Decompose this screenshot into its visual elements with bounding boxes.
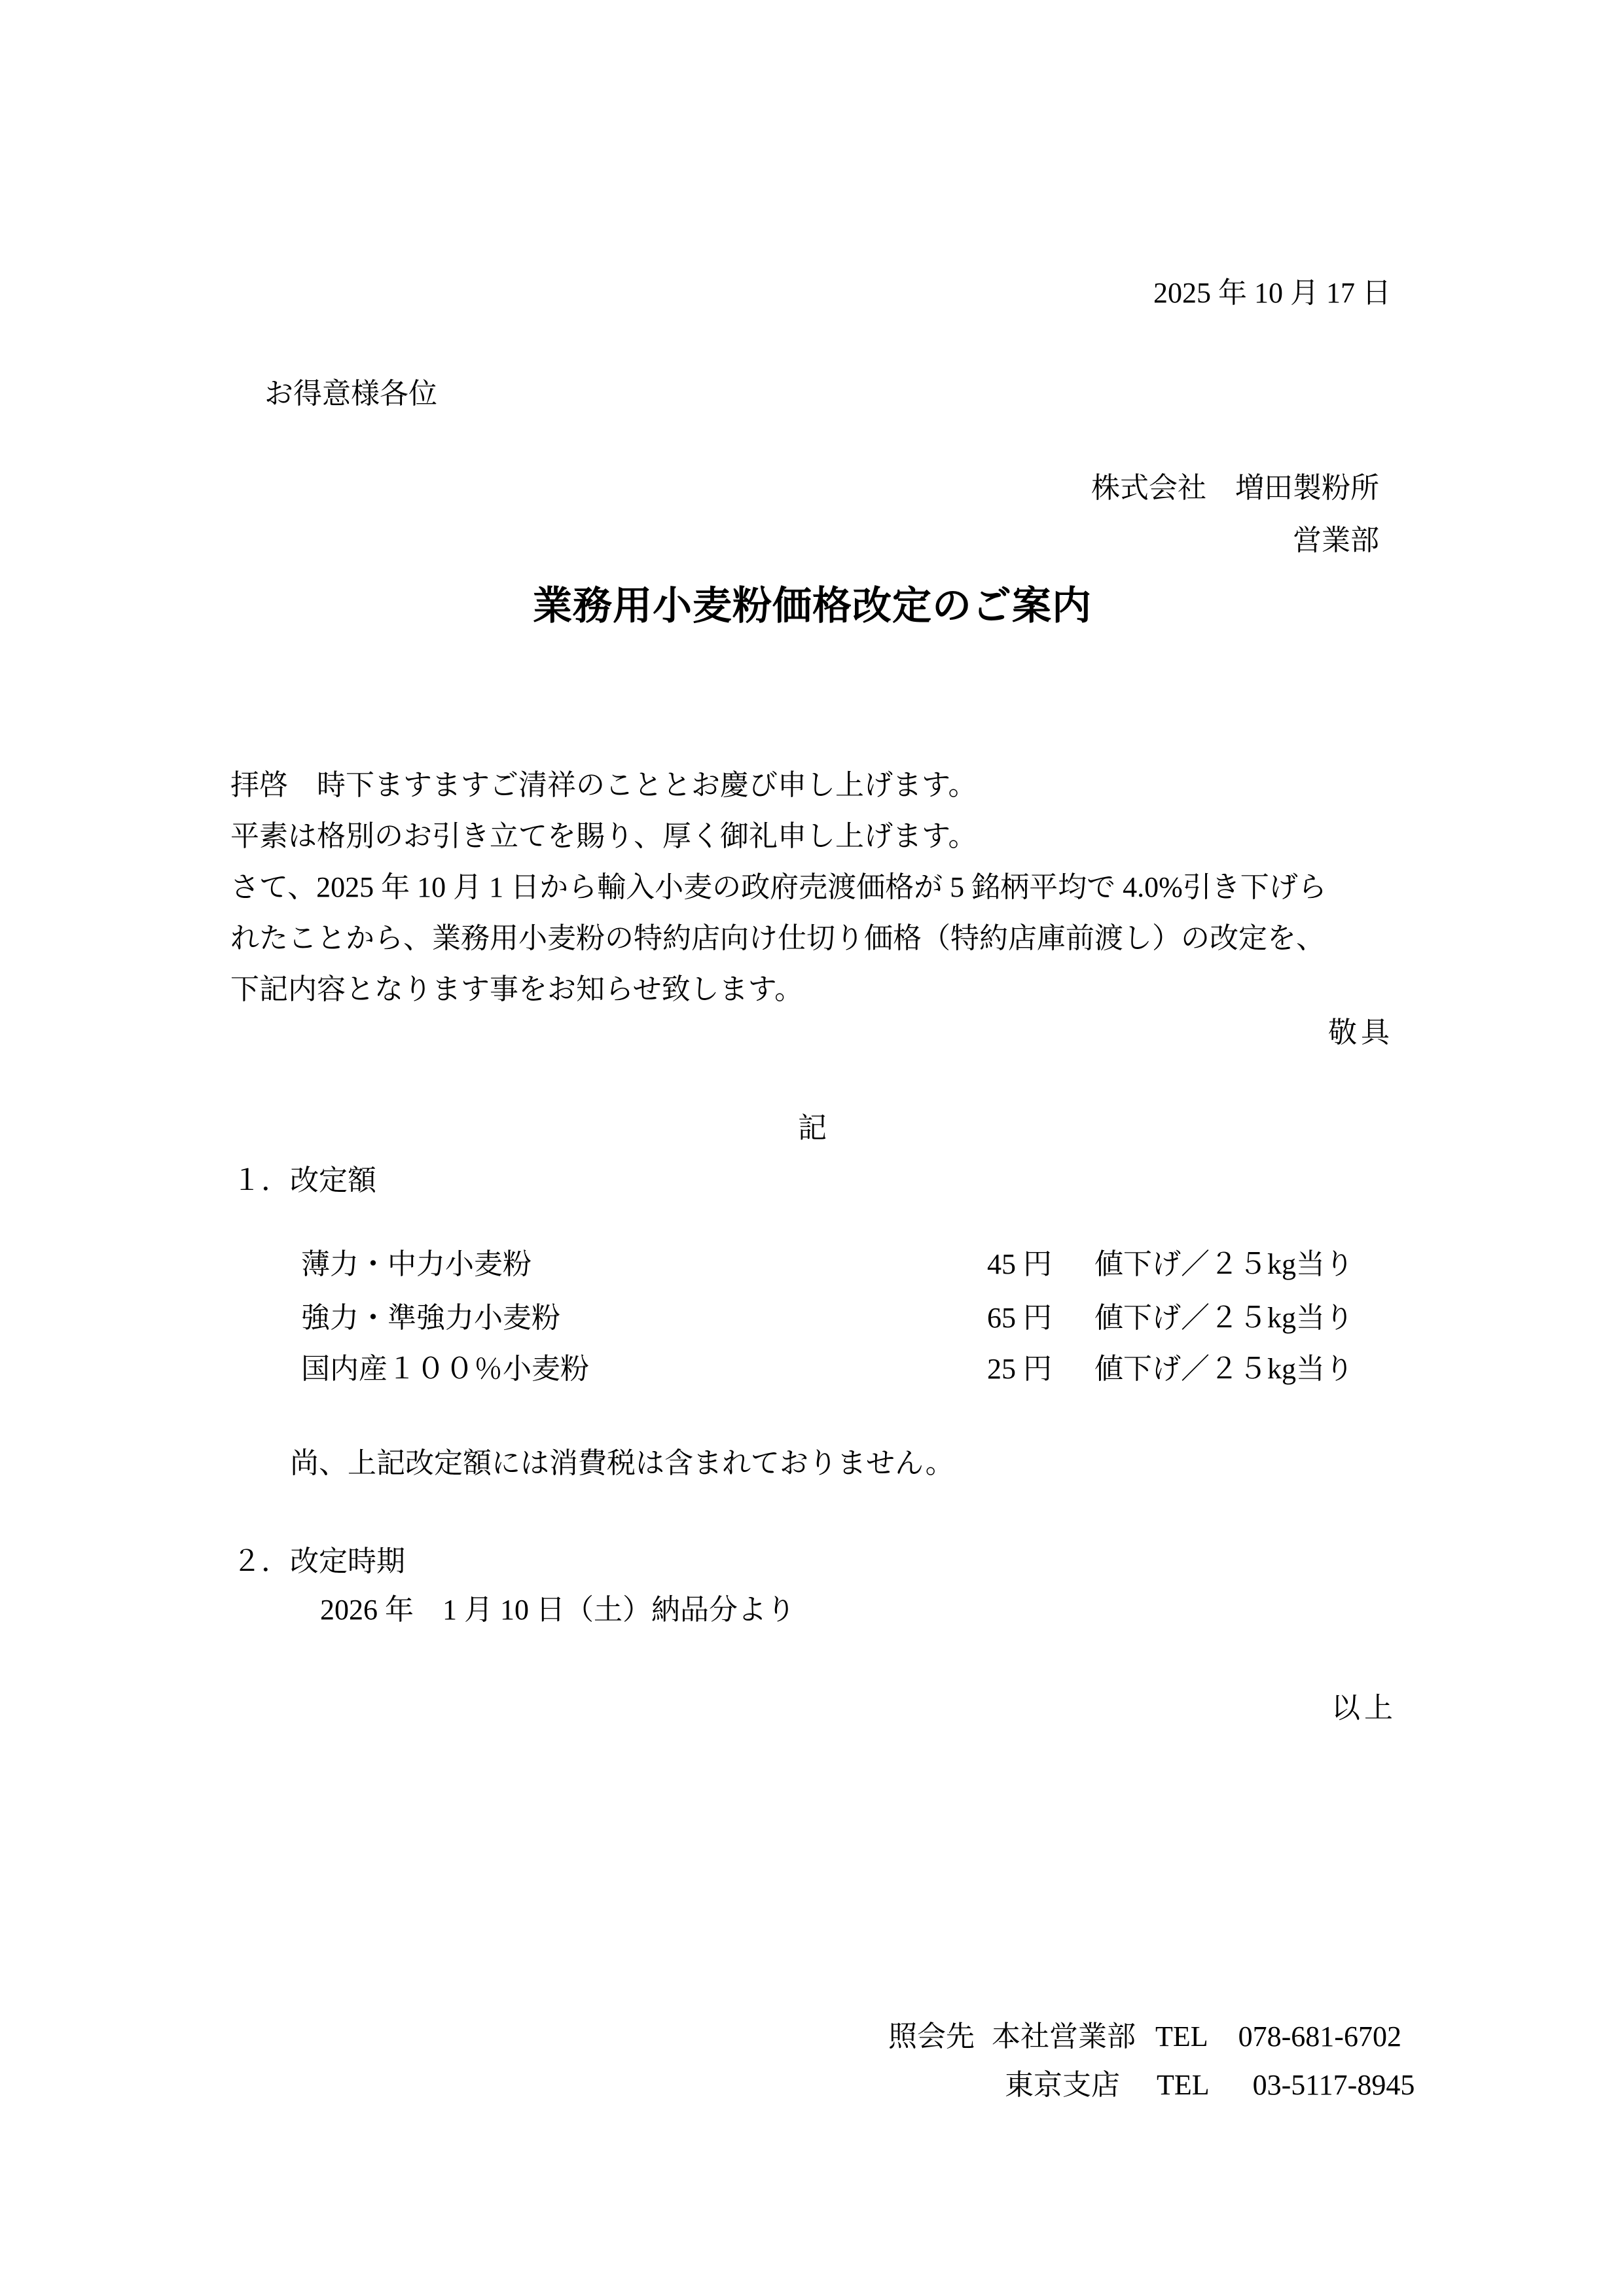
- section2-heading: ２．改定時期: [232, 1546, 405, 1577]
- section1-heading: １．改定額: [232, 1165, 376, 1196]
- recipient: お得意様各位: [264, 378, 437, 410]
- body-paragraph-line-3: さて、2025 年 10 月 1 日から輸入小麦の政府売渡価格が 5 銘柄平均で…: [230, 872, 1327, 903]
- end-marker-ijou: 以上: [1331, 1693, 1397, 1724]
- product-name: 薄力・中力小麦粉: [301, 1249, 532, 1280]
- price-row: 薄力・中力小麦粉 45 円 値下げ／２５kg当り: [0, 1249, 1624, 1282]
- product-name: 国内産１００％小麦粉: [301, 1354, 589, 1385]
- phone-number: 03-5117-8945: [1253, 2069, 1415, 2101]
- body-paragraph-line-5: 下記内容となります事をお知らせ致します。: [230, 974, 803, 1005]
- sender-department: 営業部: [1293, 525, 1379, 556]
- record-marker: 記: [230, 1113, 1394, 1144]
- contact-prefix: 照会先: [888, 2020, 975, 2053]
- letter-page: 2025 年 10 月 17 日 お得意様各位 株式会社 増田製粉所 営業部 業…: [0, 0, 1624, 2296]
- body-paragraph-line-4: れたことから、業務用小麦粉の特約店向け仕切り価格（特約店庫前渡し）の改定を、: [230, 923, 1325, 954]
- tax-note: 尚、上記改定額には消費税は含まれておりません。: [290, 1448, 954, 1479]
- document-title: 業務用小麦粉価格改定のご案内: [230, 584, 1394, 628]
- effective-date: 2026 年 1 月 10 日（土）納品分より: [320, 1594, 795, 1626]
- price-unit: 値下げ／２５kg当り: [1094, 1302, 1354, 1334]
- contact-line-tokyo-branch: 東京支店TEL03-5117-8945: [976, 2038, 1415, 2132]
- price-row: 強力・準強力小麦粉 65 円 値下げ／２５kg当り: [0, 1302, 1624, 1335]
- body-paragraph-line-1: 拝啓 時下ますますご清祥のこととお慶び申し上げます。: [230, 770, 977, 801]
- tel-label: TEL: [1157, 2069, 1210, 2101]
- sender-company: 株式会社 増田製粉所: [1091, 473, 1379, 504]
- price-amount: 65 円: [987, 1302, 1052, 1334]
- price-amount: 25 円: [987, 1354, 1052, 1385]
- contact-office: 東京支店: [1005, 2069, 1120, 2101]
- closing-keigu: 敬具: [1328, 1017, 1394, 1049]
- price-unit: 値下げ／２５kg当り: [1094, 1249, 1354, 1280]
- price-unit: 値下げ／２５kg当り: [1094, 1354, 1354, 1385]
- price-row: 国内産１００％小麦粉 25 円 値下げ／２５kg当り: [0, 1354, 1624, 1386]
- body-paragraph-line-2: 平素は格別のお引き立てを賜り、厚く御礼申し上げます。: [230, 821, 977, 852]
- price-amount: 45 円: [987, 1249, 1052, 1280]
- date: 2025 年 10 月 17 日: [1153, 278, 1391, 309]
- product-name: 強力・準強力小麦粉: [301, 1302, 560, 1334]
